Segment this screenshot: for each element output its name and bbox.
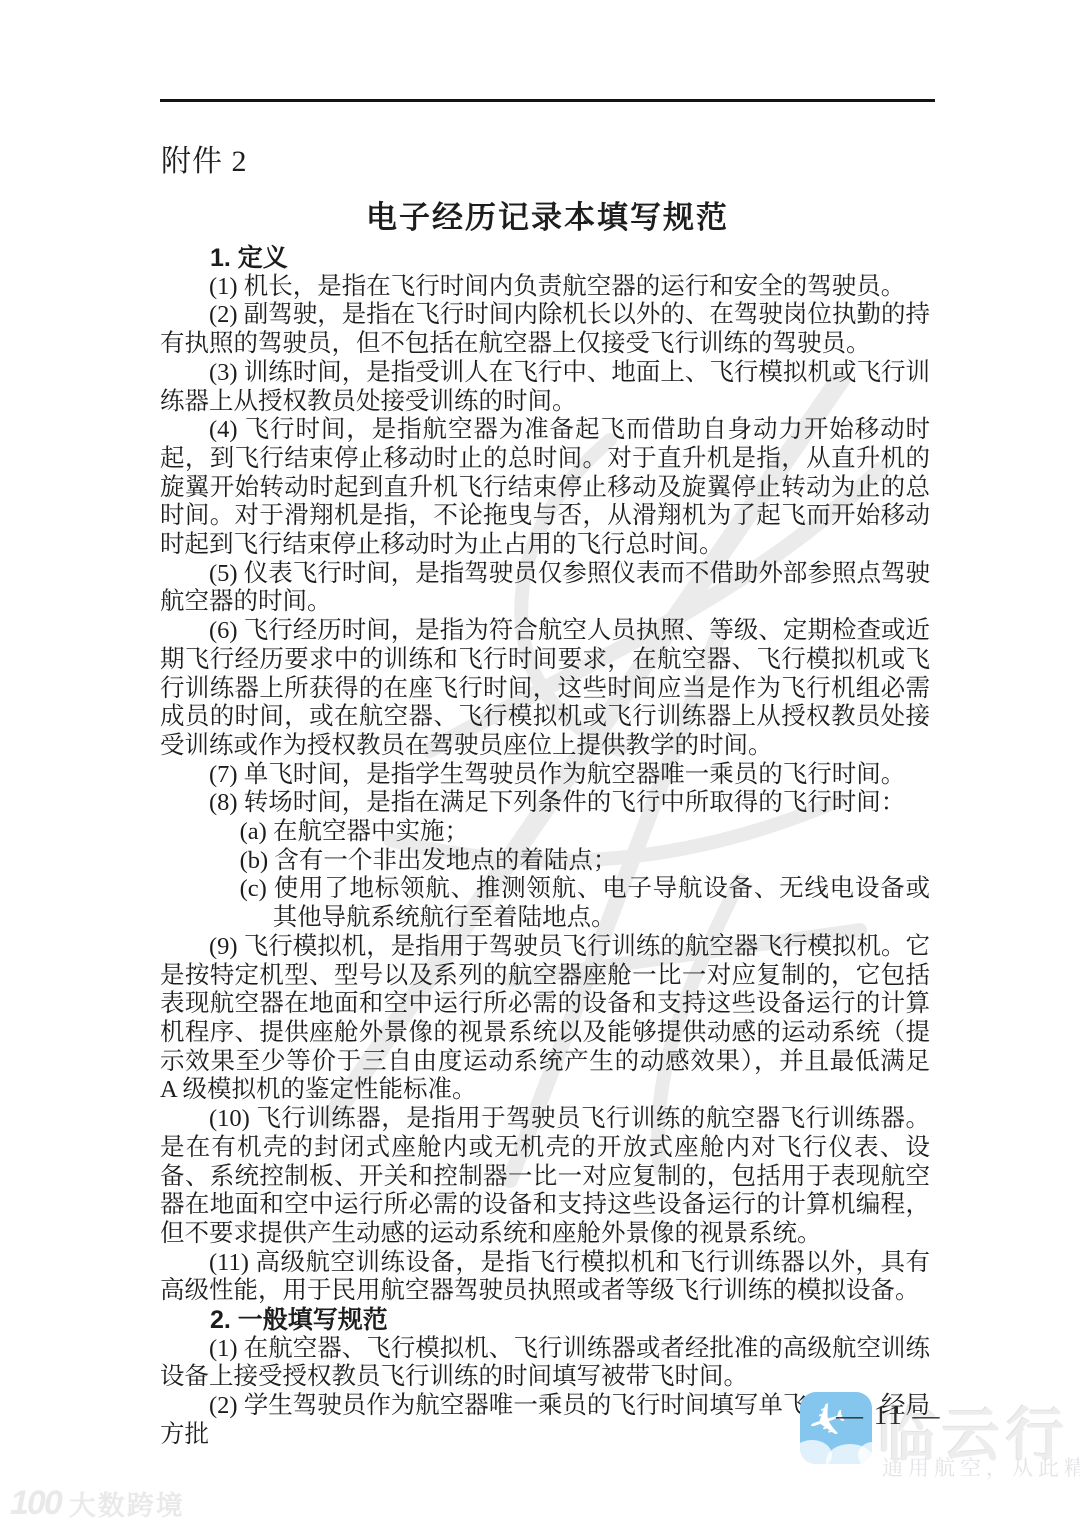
page-number: — 11 — [836, 1400, 942, 1431]
paragraph: (1) 机长，是指在飞行时间内负责航空器的运行和安全的驾驶员。 [160, 273, 930, 302]
paragraph: (1) 在航空器、飞行模拟机、飞行训练器或者经批准的高级航空训练设备上接受授权教… [160, 1335, 930, 1392]
partner-watermark-label: 大数跨境 [69, 1484, 185, 1523]
paragraph: (4) 飞行时间，是指航空器为准备起飞而借助自身动力开始移动时起，到飞行结束停止… [160, 416, 930, 560]
partner-watermark: 100 大数跨境 [10, 1484, 185, 1523]
header-rule [160, 99, 935, 102]
paragraph: (11) 高级航空训练设备，是指飞行模拟机和飞行训练器以外，具有高级性能，用于民… [160, 1249, 930, 1306]
hundred-logo-icon: 100 [10, 1484, 61, 1523]
list-item: (c) 使用了地标领航、推测领航、电子导航设备、无线电设备或其他导航系统航行至着… [160, 875, 930, 932]
paragraph: (9) 飞行模拟机，是指用于驾驶员飞行训练的航空器飞行模拟机。它是按特定机型、型… [160, 933, 930, 1105]
page-title: 电子经历记录本填写规范 [160, 192, 935, 237]
section-heading: 2. 一般填写规范 [160, 1306, 930, 1335]
list-item: (a) 在航空器中实施； [160, 818, 930, 847]
brand-tagline: 通用航空，从此精彩! [882, 1452, 1080, 1482]
list-item: (b) 含有一个非出发地点的着陆点； [160, 847, 930, 876]
paragraph: (10) 飞行训练器，是指用于驾驶员飞行训练的航空器飞行训练器。是在有机壳的封闭… [160, 1105, 930, 1249]
paragraph: (3) 训练时间，是指受训人在飞行中、地面上、飞行模拟机或飞行训练器上从授权教员… [160, 359, 930, 416]
paragraph: (2) 副驾驶，是指在飞行时间内除机长以外的、在驾驶岗位执勤的持有执照的驾驶员，… [160, 301, 930, 358]
attachment-label: 附件 2 [161, 136, 248, 180]
paragraph: (6) 飞行经历时间，是指为符合航空人员执照、等级、定期检查或近期飞行经历要求中… [160, 617, 930, 761]
document-body: 1. 定义 (1) 机长，是指在飞行时间内负责航空器的运行和安全的驾驶员。 (2… [160, 244, 930, 1450]
paragraph: (8) 转场时间，是指在满足下列条件的飞行中所取得的飞行时间： [160, 789, 930, 818]
section-heading: 1. 定义 [160, 244, 930, 273]
paragraph: (7) 单飞时间，是指学生驾驶员作为航空器唯一乘员的飞行时间。 [160, 761, 930, 790]
paragraph: (5) 仪表飞行时间，是指驾驶员仅参照仪表而不借助外部参照点驾驶航空器的时间。 [160, 560, 930, 617]
